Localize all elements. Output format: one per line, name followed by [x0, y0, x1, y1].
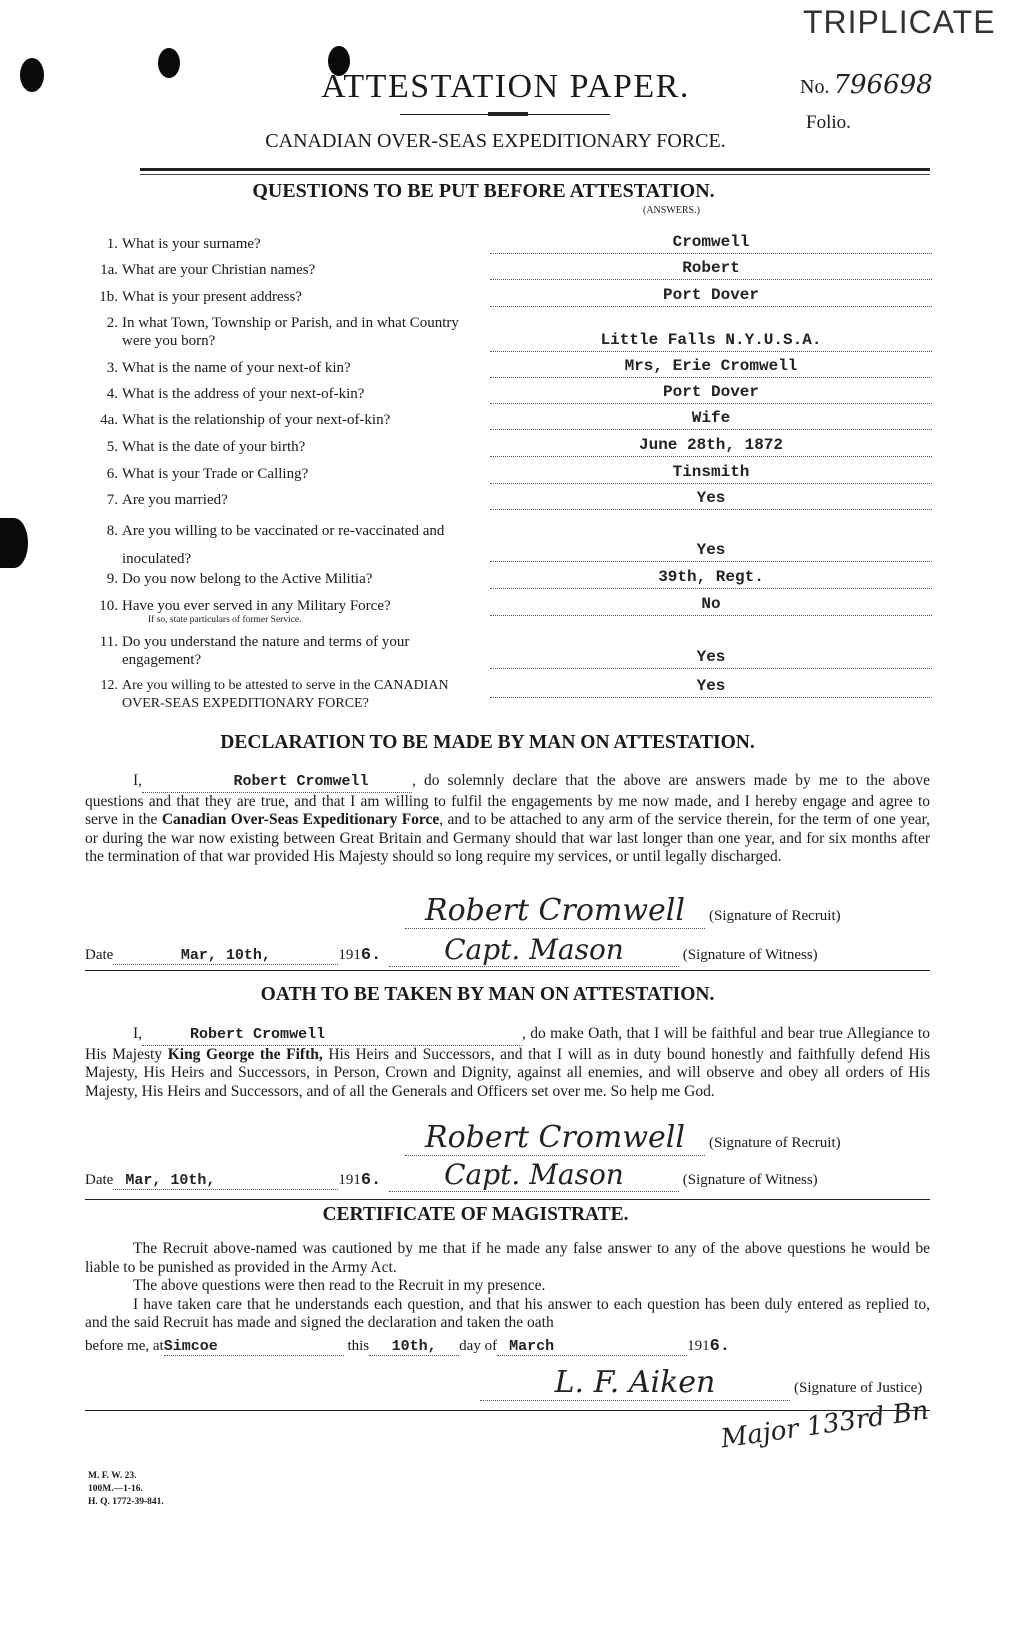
divider: [140, 168, 930, 171]
certificate-day: 10th,: [369, 1338, 459, 1356]
declaration-text: I,Robert Cromwell, do solemnly declare t…: [85, 772, 930, 867]
question-7: 7.Are you married?: [92, 491, 472, 509]
certificate-place-date-row: before me, atSimcoe this10th,day ofMarch…: [85, 1337, 930, 1356]
question-4: 4.What is the address of your next-of-ki…: [92, 385, 472, 403]
question-2: 2.In what Town, Township or Parish, and …: [92, 314, 472, 350]
force-subtitle: CANADIAN OVER-SEAS EXPEDITIONARY FORCE.: [0, 130, 1001, 153]
justice-signature: L. F. Aiken: [480, 1365, 790, 1401]
number-field: No. 796698: [800, 70, 933, 100]
answers-label: (ANSWERS.): [643, 205, 700, 216]
question-9: 9.Do you now belong to the Active Militi…: [92, 570, 472, 588]
copy-stamp: TRIPLICATE: [803, 4, 996, 41]
question-3: 3.What is the name of your next-of kin?: [92, 359, 472, 377]
declaration-name: Robert Cromwell: [142, 773, 412, 793]
question-6: 6.What is your Trade or Calling?: [92, 465, 472, 483]
answer-understand-terms: Yes: [490, 650, 932, 669]
question-1a: 1a.What are your Christian names?: [92, 261, 472, 279]
answer-birthplace: Little Falls N.Y.U.S.A.: [490, 333, 932, 352]
question-11: 11.Do you understand the nature and term…: [92, 633, 472, 669]
answer-trade: Tinsmith: [490, 465, 932, 484]
number-label: No.: [800, 76, 829, 98]
declaration-date-row: DateMar, 10th,1916. Capt. Mason (Signatu…: [85, 933, 930, 967]
question-1b: 1b.What is your present address?: [92, 288, 472, 306]
oath-date: Mar, 10th,: [113, 1172, 338, 1190]
question-10-note: If so, state particulars of former Servi…: [92, 615, 472, 625]
oath-recruit-signature-line: Robert Cromwell (Signature of Recruit): [405, 1120, 930, 1156]
answer-next-of-kin-address: Port Dover: [490, 385, 932, 404]
justice-signature-line: L. F. Aiken (Signature of Justice): [480, 1365, 930, 1401]
oath-date-row: DateMar, 10th,1916. Capt. Mason (Signatu…: [85, 1158, 930, 1192]
answer-active-militia: 39th, Regt.: [490, 570, 932, 589]
answer-next-of-kin: Mrs, Erie Cromwell: [490, 359, 932, 378]
answer-willing-to-serve: Yes: [490, 679, 932, 698]
justice-annotation: Major 133rd Bn: [719, 1396, 930, 1455]
answer-relationship: Wife: [490, 411, 932, 430]
witness-signature: Capt. Mason: [389, 933, 679, 967]
oath-text: I,Robert Cromwell, do make Oath, that I …: [85, 1025, 930, 1101]
divider: [85, 1199, 930, 1200]
certificate-text: The Recruit above-named was cautioned by…: [85, 1240, 930, 1333]
divider: [85, 1410, 930, 1411]
answer-present-address: Port Dover: [490, 288, 932, 307]
answer-christian-names: Robert: [490, 261, 932, 280]
answer-date-of-birth: June 28th, 1872: [490, 438, 932, 457]
oath-name: Robert Cromwell: [142, 1026, 522, 1046]
question-4a: 4a.What is the relationship of your next…: [92, 411, 472, 429]
question-5: 5.What is the date of your birth?: [92, 438, 472, 456]
question-12: 12.Are you willing to be attested to ser…: [92, 677, 462, 713]
oath-heading: OATH TO BE TAKEN BY MAN ON ATTESTATION.: [0, 984, 993, 1006]
certificate-month: March: [497, 1338, 687, 1356]
regimental-number: 796698: [833, 70, 932, 100]
recruit-signature: Robert Cromwell: [405, 1120, 705, 1156]
answer-married: Yes: [490, 491, 932, 510]
witness-signature: Capt. Mason: [389, 1158, 679, 1192]
punch-hole: [0, 518, 28, 568]
declaration-heading: DECLARATION TO BE MADE BY MAN ON ATTESTA…: [0, 732, 993, 754]
declaration-date: Mar, 10th,: [113, 947, 338, 965]
question-8: 8.Are you willing to be vaccinated or re…: [92, 517, 472, 573]
declaration-recruit-signature-line: Robert Cromwell (Signature of Recruit): [405, 893, 930, 929]
recruit-signature: Robert Cromwell: [405, 893, 705, 929]
divider: [140, 174, 930, 175]
divider: [85, 970, 930, 971]
form-codes: M. F. W. 23. 100M.—1-16. H. Q. 1772-39-8…: [88, 1470, 164, 1509]
questions-heading: QUESTIONS TO BE PUT BEFORE ATTESTATION.: [0, 180, 989, 203]
certificate-place: Simcoe: [164, 1338, 344, 1356]
question-1: 1.What is your surname?: [92, 235, 472, 253]
answer-vaccinated: Yes: [490, 543, 932, 562]
answer-military-service: No: [490, 597, 932, 616]
answer-surname: Cromwell: [490, 235, 932, 254]
question-10: 10.Have you ever served in any Military …: [92, 597, 472, 625]
certificate-heading: CERTIFICATE OF MAGISTRATE.: [0, 1204, 981, 1226]
title-ornament-bar: [488, 112, 528, 116]
